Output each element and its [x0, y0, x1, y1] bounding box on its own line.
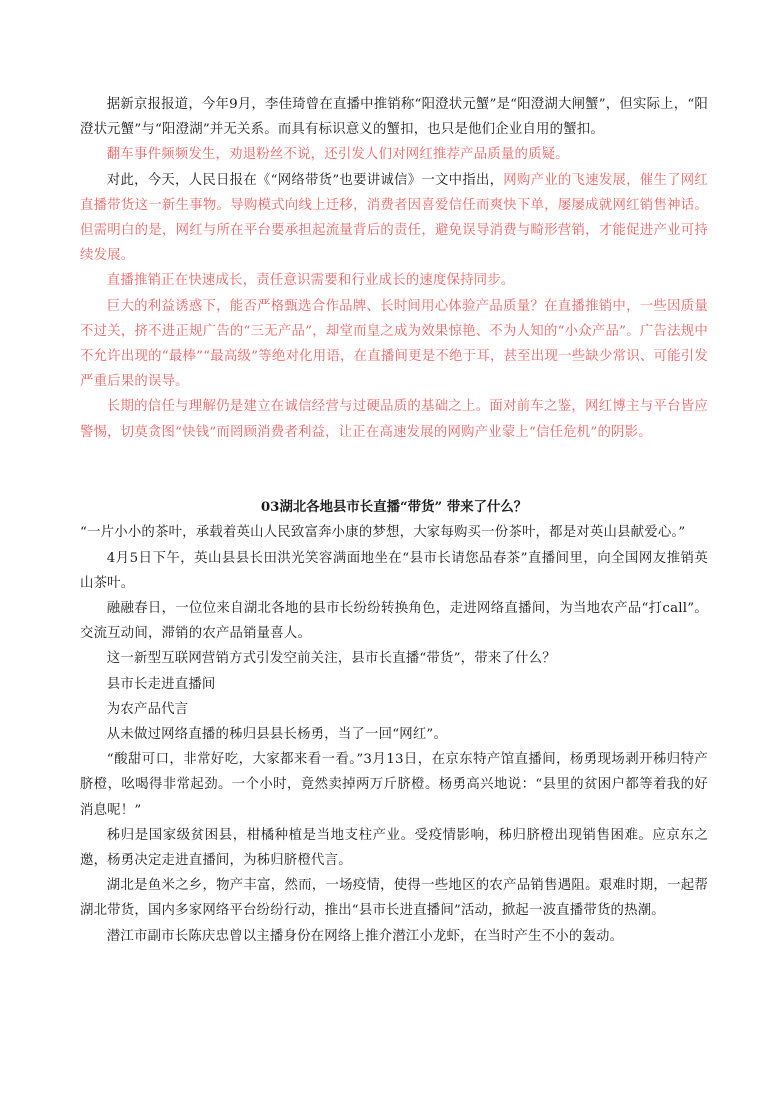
spacer [80, 445, 708, 470]
paragraph-zigui-mayor: 从未做过网络直播的秭归县县长杨勇，当了一回“网红”。 [80, 722, 708, 747]
paragraph-navel-orange: “酸甜可口，非常好吃，大家都来看一看。”3月13日，在京东特产馆直播间，杨勇现场… [80, 747, 708, 823]
paragraph-temptation: 巨大的利益诱惑下，能否严格甄选合作品牌、长时间用心体验产品质量？在直播推销中，一… [80, 294, 708, 395]
paragraph-qianjiang: 潜江市副市长陈庆忠曾以主播身份在网络上推介潜江小龙虾，在当时产生不小的轰动。 [80, 924, 708, 949]
paragraph-peoples-daily-intro: 对此，今天，人民日报在《“网络带货”也要讲诚信》一文中指出， [107, 173, 503, 188]
paragraph-rollover-events: 翻车事件频频发生，劝退粉丝不说，还引发人们对网红推荐产品质量的质疑。 [80, 142, 708, 167]
paragraph-peoples-daily: 对此，今天，人民日报在《“网络带货”也要讲诚信》一文中指出，网购产业的飞速发展，… [80, 168, 708, 269]
section-heading: 03湖北各地县市长直播“带货” 带来了什么？ [80, 495, 708, 520]
paragraph-zigui-county: 秭归是国家级贫困县，柑橘种植是当地支柱产业。受疫情影响，秭归脐橙出现销售困难。应… [80, 823, 708, 873]
spacer [80, 470, 708, 495]
paragraph-spring-days: 融融春日，一位位来自湖北各地的县市长纷纷转换角色，走进网络直播间，为当地农产品“… [80, 596, 708, 646]
paragraph-yingshan: 4月5日下午，英山县县长田洪光笑容满面地坐在“县市长请您品春茶”直播间里，向全国… [80, 546, 708, 596]
document-page: 据新京报报道，今年9月，李佳琦曾在直播中推销称“阳澄状元蟹”是“阳澄湖大闸蟹”，… [80, 92, 708, 949]
paragraph-quote-tea: “一片小小的茶叶，承载着英山人民致富奔小康的梦想，大家每购买一份茶叶，都是对英山… [80, 520, 708, 545]
paragraph-question: 这一新型互联网营销方式引发空前关注，县市长直播“带货”，带来了什么？ [80, 646, 708, 671]
subheading-line-2: 为农产品代言 [80, 697, 708, 722]
paragraph-hubei: 湖北是鱼米之乡，物产丰富，然而，一场疫情，使得一些地区的农产品销售遇阻。艰难时期… [80, 873, 708, 923]
paragraph-crab-report: 据新京报报道，今年9月，李佳琦曾在直播中推销称“阳澄状元蟹”是“阳澄湖大闸蟹”，… [80, 92, 708, 142]
paragraph-responsibility: 直播推销正在快速成长，责任意识需要和行业成长的速度保持同步。 [80, 268, 708, 293]
paragraph-trust: 长期的信任与理解仍是建立在诚信经营与过硬品质的基础之上。面对前车之鉴，网红博主与… [80, 394, 708, 444]
subheading-line-1: 县市长走进直播间 [80, 672, 708, 697]
